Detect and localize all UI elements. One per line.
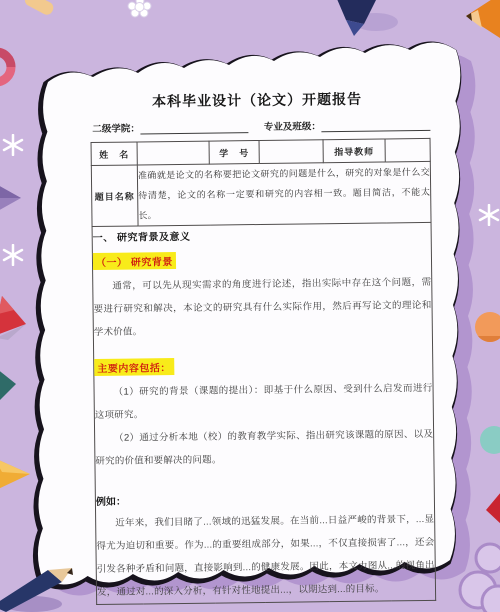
major-blank-field <box>321 119 431 132</box>
college-major-line: 二级学院：专业及班级： <box>92 117 430 135</box>
content-item-1: （1）研究的背景（课题的提出）：即基于什么原因、受到什么启发而进行这项研究。 <box>94 377 433 427</box>
snowflake-white-1-icon <box>2 134 24 156</box>
triangle-yellow-icon <box>0 456 36 492</box>
crayon-swirl-pink-icon <box>0 44 22 90</box>
pencil-navy-top-icon <box>318 0 402 40</box>
snowflake-white-2-icon <box>2 244 24 266</box>
name-label: 姓 名 <box>91 142 137 166</box>
background-paragraph: 通常，可以先从现实需求的角度进行论述，指出实际中存在这个问题，需要进行研究和解决… <box>93 271 432 344</box>
college-blank-field <box>140 121 248 134</box>
proposal-info-table: 姓 名 学 号 指导教师 题目名称 准确就是论文的名称要把论文研究的问题是什么，… <box>91 138 437 605</box>
topic-label: 题目名称 <box>91 165 138 227</box>
student-id-value-cell <box>259 140 323 164</box>
triangle-purple-icon <box>0 184 24 214</box>
pencil-orange-top-right-icon <box>436 0 500 52</box>
main-content-wrap: 主要内容包括： <box>94 355 432 376</box>
section-heading: 一、 研究背景及意义 <box>93 225 431 244</box>
major-label: 专业及班级： <box>264 118 321 133</box>
blob-purple-bottom-right-icon <box>448 538 500 612</box>
crayon-red-icon <box>0 288 34 340</box>
name-value-cell <box>137 141 209 165</box>
circle-orange-right-icon <box>472 310 500 346</box>
example-paragraph: 近年来，我们目睹了...领域的迅猛发展。在当前...日益严峻的背景下，...显得… <box>96 508 435 604</box>
student-id-label: 学 号 <box>209 140 259 164</box>
thesis-proposal-document: 本科毕业设计（论文）开题报告 二级学院：专业及班级： 姓 名 学 号 指导教师 … <box>82 82 438 605</box>
main-content-highlight: 主要内容包括： <box>94 358 174 376</box>
advisor-value-cell <box>385 138 430 162</box>
scrap-teal-icon <box>0 368 20 404</box>
research-background-cell: 一、 研究背景及意义 （一） 研究背景 通常，可以先从现实需求的角度进行论述，指… <box>92 222 436 604</box>
sub-heading-highlight: （一） 研究背景 <box>93 252 176 270</box>
desk-background: 本科毕业设计（论文）开题报告 二级学院：专业及班级： 姓 名 学 号 指导教师 … <box>0 0 500 612</box>
sub-heading-wrap: （一） 研究背景 <box>93 249 431 270</box>
paper-scrap-cream-icon <box>18 0 62 19</box>
content-item-2: （2）通过分析本地（校）的教育教学实际、指出研究该课题的原因、以及研究的价值和要… <box>95 423 434 473</box>
college-label: 二级学院： <box>92 120 140 135</box>
star-white-right-icon <box>478 204 500 226</box>
scrap-red-right-icon <box>484 492 500 528</box>
circle-teal-right-icon <box>476 424 500 458</box>
page-title: 本科毕业设计（论文）开题报告 <box>82 88 432 112</box>
topic-description: 准确就是论文的名称要把论文研究的问题是什么，研究的对象是什么交待清楚，论文的名称… <box>137 161 431 226</box>
table-row-topic: 题目名称 准确就是论文的名称要把论文研究的问题是什么，研究的对象是什么交待清楚，… <box>91 161 431 226</box>
table-row-body: 一、 研究背景及意义 （一） 研究背景 通常，可以先从现实需求的角度进行论述，指… <box>92 222 436 604</box>
example-label: 例如： <box>96 489 434 508</box>
flower-white-icon <box>124 0 156 20</box>
pencil-navy-bottom-left-icon <box>0 554 76 612</box>
advisor-label: 指导教师 <box>323 139 385 163</box>
